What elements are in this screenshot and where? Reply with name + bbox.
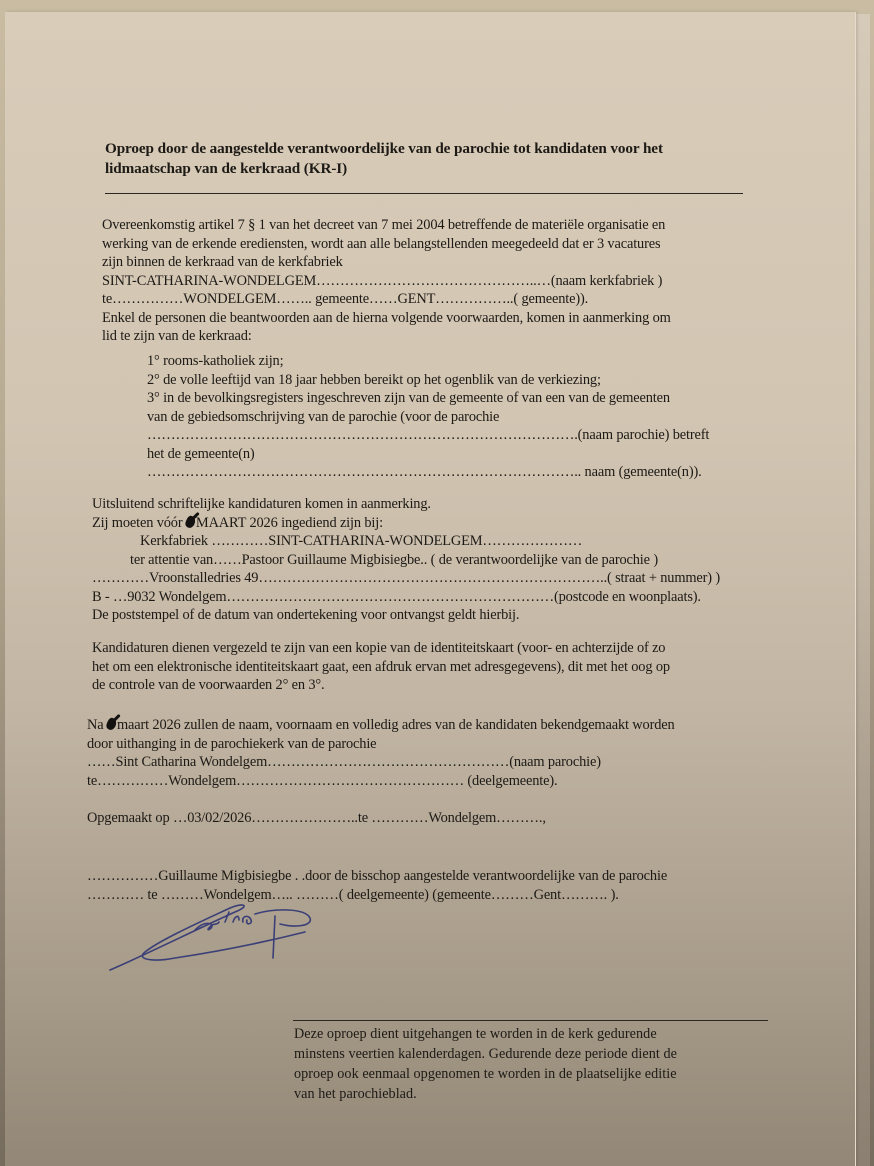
intro-line: zijn binnen de kerkraad van de kerkfabri… — [102, 253, 671, 272]
notice-line: van het parochieblad. — [294, 1084, 764, 1104]
notice-line: Deze oproep dient uitgehangen te worden … — [294, 1024, 764, 1044]
intro-line: lid te zijn van de kerkraad: — [102, 327, 671, 346]
signatory-name-line: ……………Guillaume Migbisiegbe . .door de bi… — [87, 867, 667, 886]
condition-2: 2° de volle leeftijd van 18 jaar hebben … — [147, 371, 709, 390]
intro-line: werking van de erkende erediensten, word… — [102, 235, 671, 254]
condition-3-cont: het de gemeente(n) — [147, 445, 709, 464]
handwritten-signature — [105, 900, 355, 980]
notice-line: minstens veertien kalenderdagen. Geduren… — [294, 1044, 764, 1064]
submission-section: Uitsluitend schriftelijke kandidaturen k… — [92, 495, 720, 625]
intro-paragraph: Overeenkomstig artikel 7 § 1 van het dec… — [102, 216, 671, 346]
document-title: Oproep door de aangestelde verantwoordel… — [105, 139, 765, 179]
conditions-list: 1° rooms-katholiek zijn; 2° de volle lee… — [102, 352, 709, 482]
publication-deelgemeente: te……………Wondelgem………………………………………… (deelge… — [87, 772, 675, 791]
intro-kerkfabriek-line: SINT-CATHARINA-WONDELGEM……………………………………….… — [102, 272, 671, 291]
intro-line: Overeenkomstig artikel 7 § 1 van het dec… — [102, 216, 671, 235]
submission-deadline: Zij moeten vóór MAART 2026 ingediend zij… — [92, 514, 720, 533]
document-page: Oproep door de aangestelde verantwoordel… — [5, 12, 855, 1166]
condition-1: 1° rooms-katholiek zijn; — [147, 352, 709, 371]
id-line: het om een elektronische identiteitskaar… — [92, 658, 670, 677]
condition-3-cont: van de gebiedsomschrijving van de paroch… — [147, 408, 709, 427]
id-line: Kandidaturen dienen vergezeld te zijn va… — [92, 639, 670, 658]
intro-line: Enkel de personen die beantwoorden aan d… — [102, 309, 671, 328]
submission-straat: …………Vroonstalledries 49……………………………………………… — [92, 569, 720, 588]
opgemaakt-line: Opgemaakt op …03/02/2026…………………..te …………… — [87, 809, 546, 828]
publication-line-2: door uithanging in de parochiekerk van d… — [87, 735, 675, 754]
signatory-block: ……………Guillaume Migbisiegbe . .door de bi… — [87, 867, 667, 904]
condition-3-parochie: ……………………………………………………………………………….(naam par… — [147, 426, 709, 445]
condition-3: 3° in de bevolkingsregisters ingeschreve… — [147, 389, 709, 408]
submission-poststempel: De poststempel of de datum van onderteke… — [92, 606, 720, 625]
publication-paragraph: Na maart 2026 zullen de naam, voornaam e… — [87, 716, 675, 790]
id-requirement-paragraph: Kandidaturen dienen vergezeld te zijn va… — [92, 639, 670, 695]
title-divider — [105, 193, 743, 194]
posting-notice: Deze oproep dient uitgehangen te worden … — [294, 1024, 764, 1104]
condition-3-gemeente: ……………………………………………………………………………….. naam (g… — [147, 463, 709, 482]
submission-attentie: ter attentie van……Pastoor Guillaume Migb… — [92, 551, 720, 570]
submission-postcode: B - …9032 Wondelgem………………………………………………………… — [92, 588, 720, 607]
publication-parochie: ……Sint Catharina Wondelgem……………………………………… — [87, 753, 675, 772]
intro-gemeente-line: te……………WONDELGEM…….. gemeente……GENT……………… — [102, 290, 671, 309]
title-line-2: lidmaatschap van de kerkraad (KR-I) — [105, 159, 765, 179]
id-line: de controle van de voorwaarden 2° en 3°. — [92, 676, 670, 695]
publication-line-1: Na maart 2026 zullen de naam, voornaam e… — [87, 716, 675, 735]
notice-divider — [293, 1020, 768, 1021]
notice-line: oproep ook eenmaal opgenomen te worden i… — [294, 1064, 764, 1084]
submission-written-only: Uitsluitend schriftelijke kandidaturen k… — [92, 495, 720, 514]
submission-kerkfabriek: Kerkfabriek …………SINT-CATHARINA-WONDELGEM… — [92, 532, 720, 551]
title-line-1: Oproep door de aangestelde verantwoordel… — [105, 139, 765, 159]
